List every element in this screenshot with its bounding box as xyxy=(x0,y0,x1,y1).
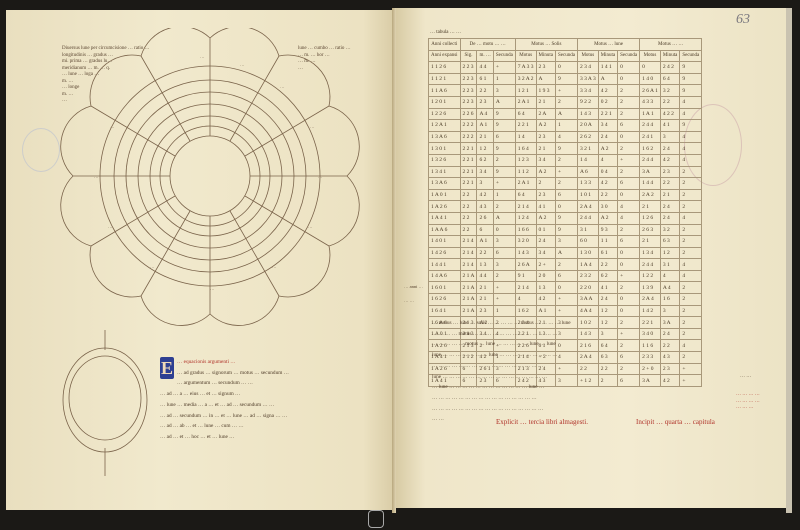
table-row: 1 A 2 62 24 322 1 44 102 A 43 042 12 42 xyxy=(429,201,702,213)
table-cell: 3 4 xyxy=(477,166,493,178)
table-cell: 3 2 xyxy=(660,224,679,236)
table-cell: 3 1 xyxy=(660,259,679,271)
table-cell: A 4 xyxy=(477,108,493,120)
table-cell: 1 1 2 1 xyxy=(429,73,461,85)
table-cell: 2 2 3 xyxy=(460,96,477,108)
table-cell: 4 1 xyxy=(598,282,617,294)
table-cell: 2 2 3 xyxy=(460,73,477,85)
table-cell: 4 xyxy=(680,96,702,108)
table-cell: 2 xyxy=(680,224,702,236)
column-header: Secunda xyxy=(493,50,515,62)
table-cell: 4 xyxy=(680,270,702,282)
table-row: 1 3 A 62 2 13+2 A 1221 3 34 261 4 42 22 xyxy=(429,178,702,190)
table-cell: 6 xyxy=(556,189,578,201)
table-cell: 2 xyxy=(680,294,702,306)
table-cell: 9 xyxy=(680,120,702,132)
svg-text:…: … xyxy=(108,224,113,229)
table-cell: 0 xyxy=(618,305,640,317)
table-cell: 6 xyxy=(493,247,515,259)
svg-text:…: … xyxy=(150,264,155,269)
table-cell: 4 2 xyxy=(660,154,679,166)
column-header: Secunda xyxy=(556,50,578,62)
table-cell: 2 4 xyxy=(536,236,555,248)
table-cell: + xyxy=(618,270,640,282)
table-cell: 0 xyxy=(618,247,640,259)
table-cell: 0 xyxy=(556,282,578,294)
table-cell: 2 4 1 xyxy=(640,131,661,143)
table-cell: 1 2 2 6 xyxy=(429,108,461,120)
table-cell: 0 2 xyxy=(598,96,617,108)
text-line: … ad … a … eius … et … signum … xyxy=(160,391,240,397)
book-gutter xyxy=(392,8,396,513)
table-cell: 9 xyxy=(493,120,515,132)
table-cell: 9 1 xyxy=(515,270,536,282)
table-cell: 1 9 3 xyxy=(536,85,555,97)
table-cell: 4 2 xyxy=(598,178,617,190)
table-cell: 1 xyxy=(493,189,515,201)
table-cell: + xyxy=(493,178,515,190)
illuminated-initial: E xyxy=(160,357,174,379)
table-cell: 2 3 xyxy=(536,62,555,74)
table-cell: 2 4 4 xyxy=(640,154,661,166)
table-cell: 1 4 4 1 xyxy=(429,259,461,271)
table-row: 1 2 A 12 2 2A 192 2 1A 212 0 A3 462 4 44… xyxy=(429,120,702,132)
table-cell: 2 1 xyxy=(536,96,555,108)
text-line: … argumentum … secundum … … xyxy=(177,380,253,386)
table-cell: 0 xyxy=(618,73,640,85)
table-cell: 1 3 xyxy=(536,282,555,294)
table-cell: 0 xyxy=(618,189,640,201)
table-cell: 6 4 xyxy=(515,108,536,120)
text-line: lune … … … … … … … … … … … … … … … … xyxy=(432,374,547,380)
table-row: 1 4 4 12 1 41 332 6 A2 +21 A 42 202 4 43… xyxy=(429,259,702,271)
table-cell: 2 A xyxy=(536,108,555,120)
table-cell: 4 xyxy=(618,201,640,213)
table-cell: 2 3 xyxy=(477,96,493,108)
text-line: … … … … … motus … lune … … … … … lune … … xyxy=(432,341,556,347)
table-cell: 1 xyxy=(493,73,515,85)
column-header: Anni expansi xyxy=(429,50,461,62)
table-cell: 1 3 4 1 xyxy=(429,166,461,178)
table-cell: 2 xyxy=(536,178,555,190)
text-line: … lune … … … … … … … … … … … … lune … xyxy=(432,384,544,390)
table-cell: 1 4 3 xyxy=(515,247,536,259)
column-header: Minuta xyxy=(536,50,555,62)
table-cell: 1 4 2 xyxy=(640,305,661,317)
table-cell: 2 2 2 xyxy=(460,120,477,132)
table-cell: 9 3 xyxy=(598,224,617,236)
table-row: 1 1 2 12 2 36 113 2 A 2A93 3 A 3A01 4 06… xyxy=(429,73,702,85)
table-cell: 2 xyxy=(618,143,640,155)
table-cell: A 1 xyxy=(477,120,493,132)
table-cell: 3 A A xyxy=(577,294,598,306)
table-cell: 2 2 xyxy=(660,178,679,190)
table-cell: 2 2 1 xyxy=(460,178,477,190)
table-side-label: … … xyxy=(404,298,414,303)
table-cell: 2 2 xyxy=(460,201,477,213)
table-cell: 2 2 xyxy=(460,212,477,224)
text-line: … ad … secundum … in … et … lune … ad … … xyxy=(160,413,287,419)
table-cell: 2 xyxy=(680,305,702,317)
table-cell: 1 A 4 xyxy=(577,259,598,271)
table-cell: 4 xyxy=(556,131,578,143)
table-cell: 1 2 3 xyxy=(515,154,536,166)
table-cell: A 1 xyxy=(477,236,493,248)
table-cell: 2 xyxy=(680,178,702,190)
text-line: … lune … media … a … et … ad … secundum … xyxy=(160,402,274,408)
table-cell: 1 1 2 xyxy=(515,166,536,178)
table-row: 1 1 A 62 2 32 231 2 11 9 3+3 3 44 222 6 … xyxy=(429,85,702,97)
table-row: 1 3 0 12 2 11 291 6 42 193 2 1A 221 6 22… xyxy=(429,143,702,155)
table-cell: 4 xyxy=(680,259,702,271)
table-cell: 2 1 A xyxy=(460,294,477,306)
table-cell: 3 xyxy=(660,305,679,317)
svg-text:…: … xyxy=(110,124,115,129)
table-cell: 6 xyxy=(556,270,578,282)
table-cell: 2 1 xyxy=(660,189,679,201)
table-cell: 6 2 xyxy=(477,154,493,166)
table-cell: 4 2 xyxy=(536,294,555,306)
table-row: 1 2 0 12 2 32 3A2 A 12 129 2 20 224 3 32… xyxy=(429,96,702,108)
table-side-label: … anni … xyxy=(404,284,423,289)
table-cell: 1 6 2 xyxy=(640,143,661,155)
table-cell: 1 6 0 1 xyxy=(429,282,461,294)
text-line: … … … … motus … … … … … … … … … … … … … xyxy=(432,331,558,337)
table-cell: 3 1 xyxy=(577,224,598,236)
table-cell: 6 xyxy=(477,224,493,236)
table-cell: 9 xyxy=(493,108,515,120)
table-cell: 1 A A 6 xyxy=(429,224,461,236)
table-cell: 4 xyxy=(680,143,702,155)
table-cell: 2 4 xyxy=(598,131,617,143)
table-cell: 2 1 xyxy=(477,282,493,294)
table-row: 1 3 A 62 2 22 161 42 342 6 22 402 4 134 xyxy=(429,131,702,143)
table-cell: 1 4 xyxy=(515,131,536,143)
table-cell: 3 2 A 2 xyxy=(515,73,536,85)
table-cell: 2 xyxy=(680,166,702,178)
table-cell: 4 1 xyxy=(660,120,679,132)
table-cell: 2 4 4 xyxy=(577,212,598,224)
right-paragraph: … motus … lune … solis … … … … … motus …… xyxy=(432,318,732,425)
table-cell: 9 xyxy=(493,166,515,178)
table-cell: 1 2 A 1 xyxy=(429,120,461,132)
table-cell: + xyxy=(493,62,515,74)
column-header: Minuta xyxy=(660,50,679,62)
table-cell: 9 xyxy=(556,224,578,236)
svg-text:…: … xyxy=(280,84,285,89)
explicit-rubric: Explicit … tercia libri almagesti. xyxy=(496,418,588,426)
table-cell: 2 2 xyxy=(598,189,617,201)
table-cell: 7 A 3 3 xyxy=(515,62,536,74)
table-row: 1 2 2 62 2 6A 496 42 AA1 4 32 2 121 A 14… xyxy=(429,108,702,120)
table-cell: A 2 xyxy=(536,166,555,178)
table-cell: 6 xyxy=(618,236,640,248)
table-cell: 1 2 1 xyxy=(515,85,536,97)
table-cell: 2 xyxy=(556,96,578,108)
table-cell: A xyxy=(536,73,555,85)
table-cell: 4 4 xyxy=(477,62,493,74)
table-cell: A xyxy=(493,96,515,108)
table-cell: 1 3 2 6 xyxy=(429,154,461,166)
table-cell: 1 3 xyxy=(477,259,493,271)
table-cell: 1 6 xyxy=(660,294,679,306)
table-cell: 1 2 6 xyxy=(640,212,661,224)
table-cell: 1 A 4 1 xyxy=(429,212,461,224)
table-cell: 6 xyxy=(618,120,640,132)
text-line: … … xyxy=(432,416,444,422)
svg-text:…: … xyxy=(200,54,205,59)
text-line: … motus … lune … solis … … … … … motus …… xyxy=(432,320,571,326)
column-header: Secunda xyxy=(680,50,702,62)
table-cell: 2 1 xyxy=(477,131,493,143)
table-cell: 2 xyxy=(618,108,640,120)
table-cell: 3 3 A 3 xyxy=(577,73,598,85)
table-cell: 2 4 xyxy=(660,212,679,224)
table-cell: 1 2 xyxy=(660,247,679,259)
text-line: … ad gradus … signorum … motus … secundu… xyxy=(177,370,289,376)
svg-text:…: … xyxy=(308,224,313,229)
table-cell: 9 xyxy=(680,62,702,74)
column-group-header: De … motu … … xyxy=(460,39,515,51)
table-cell: 2 xyxy=(556,259,578,271)
table-cell: 6 4 xyxy=(660,73,679,85)
table-row: 1 6 0 12 1 A2 1+2 1 41 302 2 04 121 3 9A… xyxy=(429,282,702,294)
table-row: 1 3 2 62 2 16 221 2 33 421 44+2 4 44 24 xyxy=(429,154,702,166)
text-line: … ad … ab … et … lune … cum … … xyxy=(160,423,244,429)
table-cell: 4 2 xyxy=(477,189,493,201)
table-cell: 2 2 0 xyxy=(577,282,598,294)
table-cell: 2 xyxy=(680,282,702,294)
table-cell: 6 1 xyxy=(477,73,493,85)
table-cell: 2 1 4 xyxy=(460,236,477,248)
table-cell: 2 3 xyxy=(477,305,493,317)
table-cell: 2 xyxy=(618,282,640,294)
table-cell: 2 2 1 xyxy=(515,120,536,132)
book-clasp xyxy=(368,510,384,528)
table-cell: 9 xyxy=(493,143,515,155)
table-cell: 4 xyxy=(598,154,617,166)
table-cell: 2 1 4 xyxy=(515,282,536,294)
table-cell: 4 xyxy=(660,270,679,282)
column-header: Sig. xyxy=(460,50,477,62)
table-cell: 1 3 3 xyxy=(577,178,598,190)
table-cell: + xyxy=(618,154,640,166)
table-cell: 2 2 xyxy=(477,85,493,97)
table-cell: 1 2 0 1 xyxy=(429,96,461,108)
table-cell: 2 6 A xyxy=(515,259,536,271)
table-cell: 2 1 xyxy=(477,294,493,306)
page-edge xyxy=(786,8,792,513)
table-row: 1 A 0 12 24 216 42 361 0 12 202 A 22 12 xyxy=(429,189,702,201)
table-cell: 2 3 2 xyxy=(577,270,598,282)
table-cell: 1 3 0 1 xyxy=(429,143,461,155)
table-cell: + xyxy=(556,305,578,317)
table-cell: 2 2 1 xyxy=(598,108,617,120)
svg-text:…: … xyxy=(210,286,215,291)
table-cell: + xyxy=(493,294,515,306)
margin-note-red: … … … … … … … … … … … xyxy=(736,392,788,412)
table-cell: 9 xyxy=(556,143,578,155)
table-cell: 2 xyxy=(680,189,702,201)
table-cell: 2 6 A 1 xyxy=(640,85,661,97)
svg-text:…: … xyxy=(272,264,277,269)
margin-note: … … xyxy=(740,374,790,381)
column-header: Motus xyxy=(577,50,598,62)
table-cell: 3 4 xyxy=(536,154,555,166)
table-cell: 3 A xyxy=(640,166,661,178)
table-cell: 1 0 1 xyxy=(577,189,598,201)
table-cell: 4 2 2 xyxy=(660,108,679,120)
text-line: … … … … … … … … … … … … … … … … xyxy=(432,395,537,401)
table-cell: 1 2 xyxy=(598,305,617,317)
table-row: 1 4 0 12 1 4A 133 2 02 436 01 162 16 32 xyxy=(429,236,702,248)
table-cell: 2 A 4 xyxy=(577,201,598,213)
table-cell: 2 xyxy=(680,201,702,213)
table-cell: 2 xyxy=(680,236,702,248)
text-line: lune … … … … … … … lune … … … … … … … … … xyxy=(432,352,558,358)
table-cell: 2 2 xyxy=(477,247,493,259)
table-cell: 2 1 4 xyxy=(460,247,477,259)
table-cell: 1 2 xyxy=(477,143,493,155)
table-cell: 2 4 xyxy=(598,294,617,306)
incipit-rubric: Incipit … quarta … capitula xyxy=(636,418,715,426)
table-cell: 1 4 4 xyxy=(640,178,661,190)
table-cell: 3 xyxy=(493,85,515,97)
table-cell: 3 xyxy=(493,236,515,248)
table-cell: 1 4 2 6 xyxy=(429,247,461,259)
column-group-header: Anni collecti xyxy=(429,39,461,51)
table-cell: 6 xyxy=(493,131,515,143)
table-cell: A 2 xyxy=(598,143,617,155)
table-cell: 3 4 xyxy=(598,120,617,132)
table-cell: 0 xyxy=(618,131,640,143)
table-cell: 1 2 4 xyxy=(515,212,536,224)
table-cell: 1 6 4 xyxy=(515,143,536,155)
text-line: … ad … et … hoc … et … lune … xyxy=(160,434,234,440)
table-cell: 2 4 xyxy=(660,201,679,213)
table-cell: 2 1 4 xyxy=(515,201,536,213)
svg-text:…: … xyxy=(240,62,245,67)
text-line: … … … … … … … … … … … … … … … … … xyxy=(432,363,543,369)
table-cell: 1 4 3 xyxy=(577,108,598,120)
table-cell: 6 2 xyxy=(598,270,617,282)
column-group-header: Motus … lune xyxy=(577,39,639,51)
table-cell: 2 1 4 xyxy=(460,259,477,271)
text-line: … … … … … … … … … … … … … … … … … xyxy=(432,406,543,412)
table-cell: 2 2 1 xyxy=(460,154,477,166)
table-cell: 9 xyxy=(680,73,702,85)
table-cell: 2 3 xyxy=(536,131,555,143)
column-header: m. … xyxy=(477,50,493,62)
table-cell: 0 xyxy=(618,259,640,271)
table-cell: 1 6 2 xyxy=(515,305,536,317)
table-cell: 1 A 1 xyxy=(640,108,661,120)
table-cell: 1 1 A 6 xyxy=(429,85,461,97)
svg-text:…: … xyxy=(318,174,323,179)
table-cell: 1 xyxy=(493,305,515,317)
table-cell: 2 0 xyxy=(536,270,555,282)
column-group-header: Motus … Solis xyxy=(515,39,577,51)
table-cell: 2 1 xyxy=(640,236,661,248)
table-cell: 2 4 xyxy=(660,143,679,155)
table-cell: A 2 xyxy=(598,212,617,224)
table-cell: 0 4 xyxy=(598,166,617,178)
table-cell: 4 3 3 xyxy=(640,96,661,108)
table-cell: 2 6 2 xyxy=(577,131,598,143)
table-cell: 2 4 4 xyxy=(640,120,661,132)
table-cell: 2 2 xyxy=(460,189,477,201)
table-cell: 1 2 2 xyxy=(640,270,661,282)
table-cell: 1 3 9 xyxy=(640,282,661,294)
table-cell: 1 4 0 1 xyxy=(429,236,461,248)
table-cell: 2 + xyxy=(536,259,555,271)
table-cell: A 1 xyxy=(536,305,555,317)
table-cell: 4 xyxy=(618,212,640,224)
table-cell: 2 xyxy=(493,154,515,166)
column-header: Motus xyxy=(515,50,536,62)
table-cell: 1 6 2 6 xyxy=(429,294,461,306)
table-cell: 2 1 xyxy=(536,143,555,155)
table-cell: 2 0 A xyxy=(577,120,598,132)
table-cell: 1 4 0 xyxy=(640,73,661,85)
table-cell: 1 1 xyxy=(598,236,617,248)
table-cell: 1 6 4 1 xyxy=(429,305,461,317)
svg-text:…: … xyxy=(310,124,315,129)
folio-number: 63 xyxy=(736,12,750,28)
table-cell: 2 2 3 xyxy=(460,62,477,74)
table-cell: 4 xyxy=(680,212,702,224)
table-cell: 2 2 6 xyxy=(460,108,477,120)
table-cell: 2 xyxy=(493,270,515,282)
table-cell: 2 4 4 xyxy=(640,259,661,271)
table-cell: 2 A 1 xyxy=(515,96,536,108)
table-cell: 4 A 4 xyxy=(577,305,598,317)
table-cell: 9 xyxy=(680,85,702,97)
table-caption: … tabula … … xyxy=(430,30,461,35)
table-cell: 2 xyxy=(556,178,578,190)
table-cell: A 2 xyxy=(536,120,555,132)
table-row: 1 A 4 12 22 6A1 2 4A 292 4 4A 241 2 62 4… xyxy=(429,212,702,224)
table-row: 1 4 A 62 1 A4 429 12 062 3 26 2+1 2 244 xyxy=(429,270,702,282)
table-cell: 2 6 xyxy=(477,212,493,224)
table-cell: + xyxy=(556,85,578,97)
table-cell: + xyxy=(556,166,578,178)
table-cell: A 2 xyxy=(536,212,555,224)
table-cell: 2 1 A xyxy=(460,270,477,282)
table-cell: 1 A 0 1 xyxy=(429,189,461,201)
table-cell: 2 xyxy=(618,85,640,97)
table-cell: 2 xyxy=(618,224,640,236)
table-cell: 6 1 xyxy=(598,247,617,259)
table-cell: 2 2 xyxy=(660,96,679,108)
table-cell: 2 6 3 xyxy=(640,224,661,236)
table-cell: 3 xyxy=(477,178,493,190)
table-cell: 0 xyxy=(640,62,661,74)
table-cell: 2 2 3 xyxy=(460,85,477,97)
table-cell: + xyxy=(556,294,578,306)
table-cell: 2 A 4 xyxy=(640,294,661,306)
table-cell: 3 xyxy=(493,259,515,271)
table-cell: 3 4 xyxy=(536,247,555,259)
table-cell: 0 xyxy=(618,294,640,306)
table-row: 1 6 2 62 1 A2 1+44 2+3 A A2 402 A 41 62 xyxy=(429,294,702,306)
table-cell: 6 4 xyxy=(515,189,536,201)
table-cell: 1 1 2 6 xyxy=(429,62,461,74)
table-cell: 4 3 xyxy=(477,201,493,213)
table-cell: 2 A 1 xyxy=(515,178,536,190)
table-cell: 2 2 xyxy=(460,224,477,236)
table-cell: 1 4 xyxy=(577,154,598,166)
